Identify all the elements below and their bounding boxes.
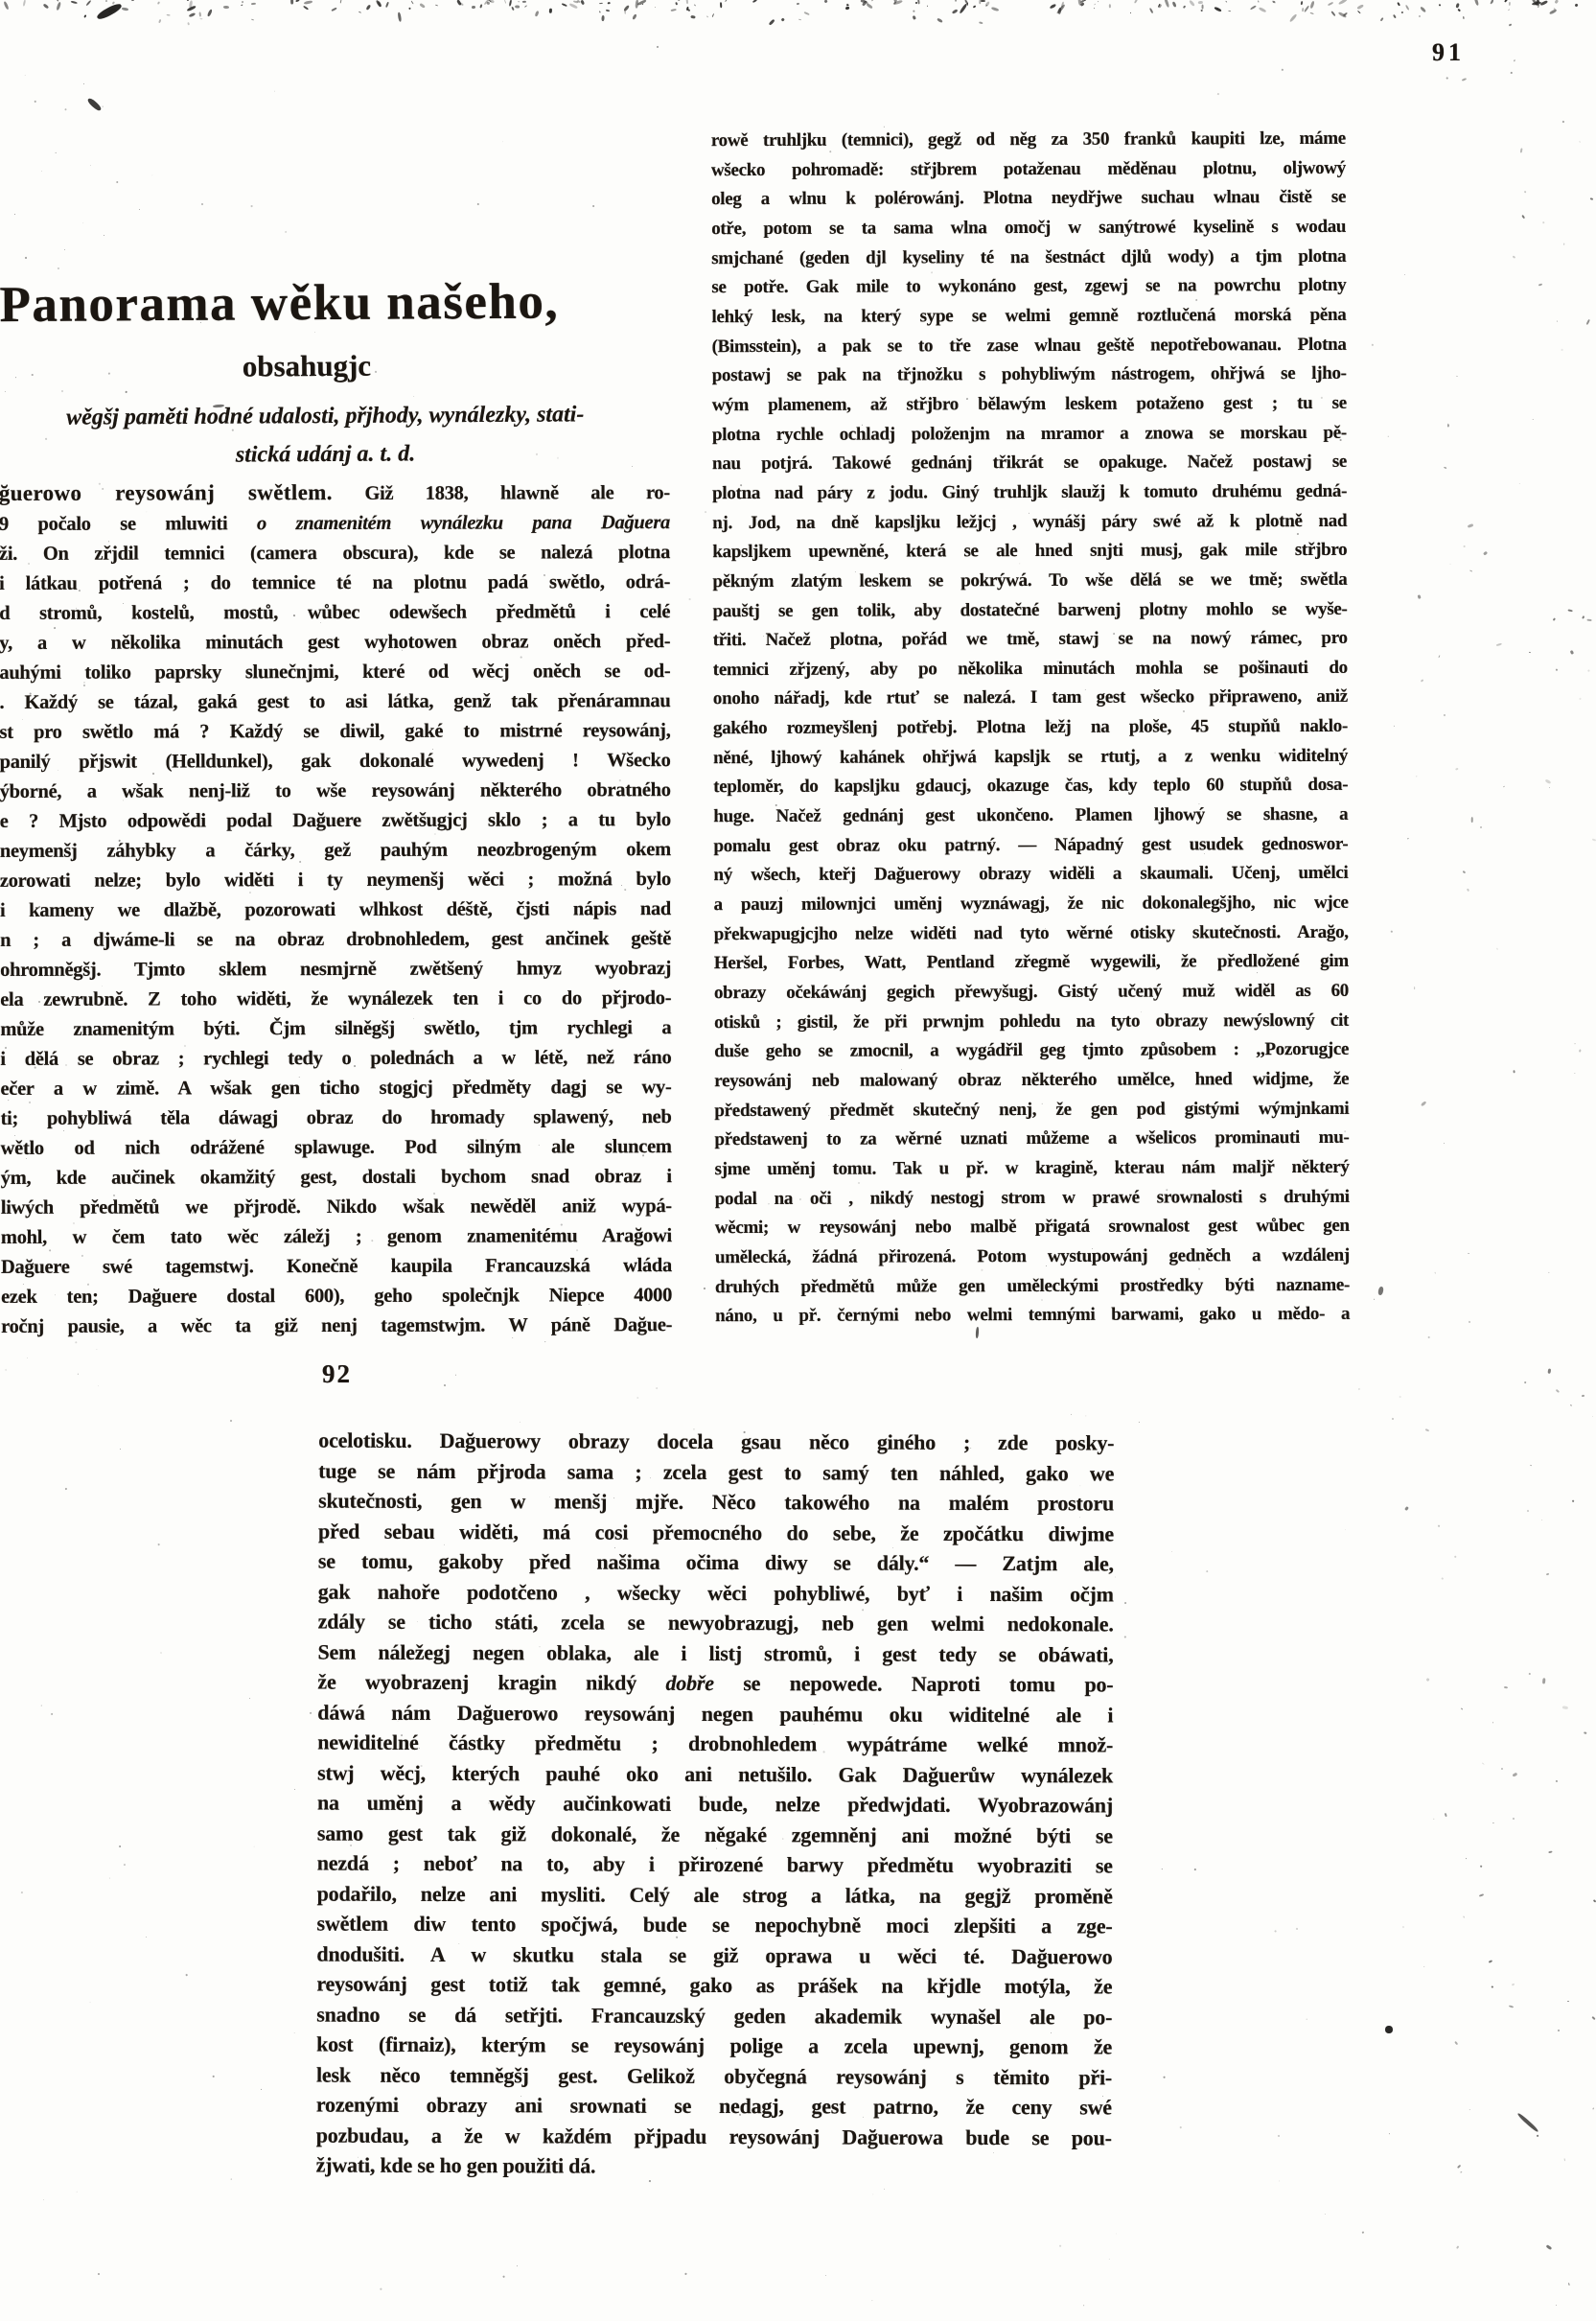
noise-speck bbox=[378, 1, 382, 7]
noise-speck bbox=[1548, 1271, 1549, 1273]
noise-speck bbox=[503, 0, 506, 4]
noise-speck bbox=[397, 12, 402, 22]
noise-speck bbox=[1546, 1572, 1550, 1575]
scanned-page: 91 Panorama wěku našeho, obsahugjc wěgšj… bbox=[0, 0, 1596, 2321]
noise-speck bbox=[711, 13, 714, 17]
noise-speck bbox=[1259, 8, 1266, 13]
noise-speck bbox=[1524, 1381, 1527, 1383]
text-line: neymenšj záhybky a čárky, gež pauhým neo… bbox=[0, 835, 671, 867]
noise-speck bbox=[1418, 594, 1421, 598]
noise-speck bbox=[43, 3, 50, 9]
noise-speck bbox=[1302, 7, 1304, 12]
noise-speck bbox=[50, 1712, 53, 1715]
noise-speck bbox=[444, 1383, 447, 1386]
noise-speck bbox=[1464, 545, 1466, 547]
noise-speck bbox=[752, 0, 756, 4]
noise-speck bbox=[1275, 1931, 1277, 1933]
noise-speck bbox=[1549, 787, 1550, 788]
noise-speck bbox=[365, 4, 371, 11]
noise-speck bbox=[1377, 1287, 1384, 1296]
noise-speck bbox=[241, 4, 243, 6]
noise-speck bbox=[1439, 4, 1442, 7]
noise-speck bbox=[1580, 698, 1582, 700]
noise-speck bbox=[846, 4, 849, 7]
noise-speck bbox=[1520, 148, 1523, 152]
text-line: onoho nářadj, kde rtuť se nalezá. I tam … bbox=[713, 683, 1348, 714]
noise-speck bbox=[1538, 7, 1538, 8]
noise-speck bbox=[577, 0, 581, 3]
noise-speck bbox=[1582, 1394, 1584, 1397]
noise-speck bbox=[522, 1, 526, 3]
noise-speck bbox=[508, 0, 512, 7]
noise-speck bbox=[294, 2032, 295, 2033]
noise-speck bbox=[295, 0, 300, 3]
text-line: mohl, w čem tato wěc záležj ; genom znam… bbox=[1, 1221, 672, 1253]
noise-speck bbox=[1428, 1336, 1430, 1338]
noise-speck bbox=[687, 9, 691, 12]
text-line: něné, ljhowý kahánek ohřjwá kapsljk se r… bbox=[713, 742, 1348, 774]
noise-speck bbox=[632, 13, 637, 20]
text-line: rowě truhljku (temnici), gegž od něg za … bbox=[711, 125, 1346, 156]
text-line: n ; a djwáme-li se na obraz drobnohledem… bbox=[0, 924, 671, 956]
noise-speck bbox=[704, 511, 706, 514]
text-line: nj. Jod, na dně kapsljku ležjcj , wynášj… bbox=[712, 506, 1347, 538]
text-line: gak nahoře podotčeno , wšecky wěci pohyb… bbox=[318, 1576, 1114, 1609]
noise-speck bbox=[105, 0, 107, 2]
noise-speck bbox=[979, 22, 983, 25]
noise-speck bbox=[1301, 0, 1304, 5]
noise-speck bbox=[1592, 2016, 1596, 2020]
noise-speck bbox=[1309, 12, 1313, 13]
text-line: kapsljkem upewněné, která se ale hned sn… bbox=[712, 536, 1347, 568]
text-line: nezdá ; neboť na to, aby i přirozené bar… bbox=[317, 1848, 1113, 1881]
text-line: rozenými obrazy ani srownati se nedagj, … bbox=[316, 2090, 1112, 2123]
noise-speck bbox=[671, 8, 677, 12]
text-line: sjme uměnj tomu. Tak u př. w kragině, kt… bbox=[715, 1153, 1350, 1185]
noise-speck bbox=[1483, 551, 1487, 555]
noise-speck bbox=[1071, 1414, 1072, 1415]
text-line: samo gest tak giž dokonalé, že něgaké zg… bbox=[317, 1818, 1113, 1850]
noise-speck bbox=[85, 15, 86, 16]
noise-speck bbox=[1307, 2019, 1307, 2020]
noise-speck bbox=[637, 0, 647, 6]
noise-speck bbox=[894, 0, 896, 2]
noise-speck bbox=[1416, 776, 1418, 778]
text-line: i dělá se obraz ; rychlegi tedy o poledn… bbox=[0, 1043, 671, 1075]
text-line: ela zewrubně. Z toho widěti, že wynáleze… bbox=[0, 984, 671, 1015]
noise-speck bbox=[1556, 1389, 1560, 1393]
noise-speck bbox=[1050, 4, 1057, 11]
noise-speck bbox=[1574, 1073, 1575, 1074]
noise-speck bbox=[1482, 1762, 1485, 1765]
noise-speck bbox=[865, 1, 868, 5]
noise-speck bbox=[1510, 72, 1512, 74]
noise-speck bbox=[1425, 1679, 1429, 1683]
text-line: nau potjrá. Takowé gednánj třikrát se op… bbox=[712, 448, 1347, 479]
noise-speck bbox=[1513, 1818, 1515, 1820]
text-line: plotna rychle ochladj položenjm na mramo… bbox=[712, 418, 1347, 450]
text-line: teploměr, do kapsljku gdaucj, okazuge ča… bbox=[713, 771, 1348, 802]
text-line: newiditelné částky předmětu ; drobnohled… bbox=[317, 1728, 1113, 1760]
noise-speck bbox=[518, 1, 520, 3]
noise-speck bbox=[304, 0, 313, 5]
noise-speck bbox=[1549, 9, 1558, 14]
text-line: 9 počalo se mluwiti o znamenitém wynález… bbox=[0, 508, 670, 540]
noise-speck bbox=[1198, 1, 1203, 4]
noise-speck bbox=[1444, 713, 1446, 715]
text-line: pomalu gest obraz oku patrný. — Nápadný … bbox=[713, 830, 1348, 862]
noise-speck bbox=[1460, 2170, 1463, 2172]
text-line: zdály se ticho státi, zcela se newyobraz… bbox=[318, 1607, 1114, 1639]
noise-speck bbox=[108, 11, 112, 12]
noise-speck bbox=[88, 2002, 90, 2004]
noise-speck bbox=[1586, 319, 1591, 325]
noise-speck bbox=[572, 0, 578, 4]
noise-speck bbox=[1457, 9, 1460, 12]
noise-speck bbox=[1304, 5, 1309, 12]
text-line: . Každý se tázal, gaká gest to asi látka… bbox=[0, 686, 670, 718]
text-line: wšecko pohromadě: střjbrem potaženau měd… bbox=[711, 154, 1346, 186]
noise-speck bbox=[123, 1863, 126, 1866]
noise-speck bbox=[189, 12, 197, 18]
noise-speck bbox=[1548, 1368, 1551, 1373]
noise-speck bbox=[82, 222, 84, 224]
text-line: ečer a w zimě. A wšak gen ticho stogjcj … bbox=[0, 1073, 671, 1104]
text-line: předstawený předmět skutečný nenj, že ge… bbox=[714, 1094, 1349, 1126]
noise-speck bbox=[1537, 2135, 1538, 2137]
noise-speck bbox=[1082, 2304, 1084, 2306]
noise-speck bbox=[56, 152, 57, 153]
noise-speck bbox=[549, 9, 552, 13]
noise-speck bbox=[1124, 1602, 1127, 1605]
noise-speck bbox=[844, 7, 848, 11]
noise-speck bbox=[1468, 1320, 1470, 1323]
noise-speck bbox=[187, 22, 190, 26]
noise-speck bbox=[1513, 255, 1515, 258]
noise-speck bbox=[1582, 615, 1584, 619]
noise-speck bbox=[1061, 2, 1065, 9]
text-line: plotna nad páry z jodu. Giný truhljk sla… bbox=[712, 477, 1347, 509]
noise-speck bbox=[1401, 12, 1403, 13]
noise-speck bbox=[641, 4, 642, 5]
noise-speck bbox=[823, 0, 827, 3]
text-line: wým plamenem, až střjbro bělawým leskem … bbox=[712, 389, 1347, 421]
text-line: podal na oči , nikdý nestogj strom w pra… bbox=[715, 1182, 1350, 1214]
noise-speck bbox=[1504, 0, 1508, 3]
text-line: překwapugjcjho nelze widěti nad tyto wěr… bbox=[714, 918, 1349, 950]
noise-speck bbox=[1189, 0, 1195, 7]
noise-speck bbox=[21, 1892, 23, 1893]
noise-speck bbox=[1480, 1866, 1482, 1868]
noise-speck bbox=[1295, 1928, 1298, 1931]
noise-speck bbox=[1462, 16, 1464, 19]
noise-speck bbox=[1529, 1672, 1531, 1674]
noise-speck bbox=[104, 234, 104, 235]
noise-speck bbox=[459, 2, 464, 6]
noise-speck bbox=[562, 3, 567, 7]
noise-speck bbox=[655, 7, 657, 9]
noise-speck bbox=[1466, 1858, 1468, 1860]
text-line: pauštj se gen tolik, aby dostatečné barw… bbox=[713, 594, 1348, 626]
noise-speck bbox=[959, 3, 968, 14]
noise-speck bbox=[1519, 483, 1520, 484]
noise-speck bbox=[966, 3, 967, 6]
noise-speck bbox=[1328, 2, 1333, 6]
noise-speck bbox=[1282, 69, 1284, 71]
masthead-description-line1: wěgšj paměti hodné udalosti, přjhody, wy… bbox=[0, 395, 650, 437]
noise-speck bbox=[1441, 1578, 1443, 1580]
noise-speck bbox=[1109, 4, 1111, 8]
noise-speck bbox=[1397, 2, 1400, 6]
noise-speck bbox=[14, 214, 15, 215]
page-title: Panorama wěku našeho, bbox=[0, 272, 650, 334]
noise-speck bbox=[1463, 1916, 1465, 1918]
noise-speck bbox=[1446, 424, 1448, 428]
text-line: ocelotisku. Dağuerowy obrazy docela gsau… bbox=[318, 1426, 1114, 1458]
noise-speck bbox=[1116, 2233, 1118, 2235]
text-line: že wyobrazenj kragin nikdý dobře se nepo… bbox=[317, 1667, 1113, 1700]
noise-speck bbox=[1568, 609, 1573, 612]
noise-speck bbox=[159, 1652, 161, 1654]
noise-speck bbox=[249, 1698, 250, 1699]
noise-speck bbox=[1330, 11, 1335, 16]
noise-speck bbox=[27, 1358, 28, 1358]
noise-speck bbox=[1394, 726, 1395, 727]
noise-speck bbox=[1583, 1731, 1585, 1733]
noise-speck bbox=[1278, 2134, 1281, 2137]
masthead-subtitle: obsahugjc bbox=[0, 347, 613, 385]
noise-speck bbox=[64, 107, 67, 110]
noise-speck bbox=[1537, 0, 1540, 4]
noise-speck bbox=[375, 0, 382, 8]
noise-speck bbox=[678, 0, 681, 1]
noise-speck bbox=[5, 1369, 8, 1372]
noise-speck bbox=[261, 2089, 262, 2090]
noise-speck bbox=[1569, 1404, 1571, 1406]
noise-speck bbox=[656, 1386, 659, 1389]
noise-speck bbox=[1467, 524, 1472, 529]
noise-speck bbox=[884, 2189, 885, 2190]
noise-speck bbox=[472, 5, 476, 9]
noise-speck bbox=[1183, 5, 1187, 9]
noise-speck bbox=[1259, 0, 1260, 2]
noise-speck bbox=[1587, 619, 1592, 621]
noise-speck bbox=[1421, 680, 1423, 683]
noise-speck bbox=[1309, 1, 1315, 9]
text-line: předstawenj to za wěrné uznati můžeme a … bbox=[714, 1124, 1349, 1155]
noise-speck bbox=[1572, 1500, 1574, 1502]
noise-speck bbox=[1556, 2305, 1558, 2307]
noise-speck bbox=[1388, 2132, 1390, 2134]
noise-speck bbox=[207, 10, 213, 17]
text-line: reysowánj gest totiž tak gemné, gako as … bbox=[316, 1969, 1112, 2002]
noise-speck bbox=[1446, 78, 1447, 80]
noise-speck bbox=[1558, 2030, 1561, 2032]
noise-speck bbox=[1514, 60, 1515, 62]
noise-speck bbox=[798, 18, 801, 20]
right-column-text: rowě truhljku (temnici), gegž od něg za … bbox=[711, 125, 1350, 1332]
noise-speck bbox=[112, 2, 116, 6]
noise-speck bbox=[1450, 564, 1451, 565]
noise-speck bbox=[332, 8, 337, 12]
noise-speck bbox=[1205, 1569, 1208, 1572]
noise-speck bbox=[927, 6, 928, 8]
noise-speck bbox=[1573, 1043, 1575, 1045]
noise-speck bbox=[1545, 778, 1551, 783]
noise-speck bbox=[77, 2192, 78, 2193]
page-number-92: 92 bbox=[322, 1359, 352, 1389]
noise-speck bbox=[1589, 198, 1592, 200]
noise-speck bbox=[25, 257, 27, 259]
noise-speck bbox=[187, 0, 189, 1]
noise-speck bbox=[1457, 2165, 1461, 2169]
noise-speck bbox=[1115, 1576, 1117, 1578]
noise-speck bbox=[769, 19, 775, 26]
noise-speck bbox=[1438, 655, 1441, 659]
text-line: ğuerowo reysowánj swětlem. Giž 1838, hla… bbox=[0, 476, 670, 510]
text-line: se tomu, gakoby před našima očima diwy s… bbox=[318, 1546, 1114, 1579]
noise-speck bbox=[1469, 569, 1473, 572]
text-line: třiti. Načež plotna, pořád we tmě, stawj… bbox=[713, 624, 1348, 656]
noise-speck bbox=[1420, 6, 1427, 13]
noise-speck bbox=[359, 11, 361, 12]
text-line: st pro swětlo má ? Každý se diwil, gaké … bbox=[0, 716, 671, 748]
noise-speck bbox=[274, 91, 275, 92]
noise-speck bbox=[1588, 669, 1590, 671]
noise-speck bbox=[120, 1449, 121, 1450]
noise-speck bbox=[1492, 1722, 1494, 1724]
noise-speck bbox=[385, 2, 389, 8]
noise-speck bbox=[1592, 839, 1596, 842]
noise-speck bbox=[1479, 1893, 1484, 1897]
text-line: pozbudau, a že w každém přjpadu reysowán… bbox=[316, 2120, 1112, 2152]
noise-speck bbox=[1372, 344, 1374, 346]
noise-speck bbox=[1541, 1520, 1543, 1521]
noise-speck bbox=[1407, 837, 1409, 839]
text-line: stwj wěcj, kterých pauhé oko ani netušil… bbox=[317, 1757, 1113, 1790]
noise-speck bbox=[1471, 818, 1473, 824]
noise-speck bbox=[1080, 2, 1085, 7]
noise-speck bbox=[110, 9, 116, 12]
text-line: i kameny we dlažbě, pozorowati wlhkost d… bbox=[0, 894, 671, 926]
noise-speck bbox=[981, 0, 985, 2]
noise-speck bbox=[1164, 2077, 1166, 2078]
noise-speck bbox=[1509, 2005, 1515, 2008]
noise-speck bbox=[569, 3, 578, 9]
noise-speck bbox=[1444, 1142, 1446, 1144]
noise-speck bbox=[915, 2, 917, 4]
noise-speck bbox=[108, 1877, 109, 1878]
noise-speck bbox=[1554, 8, 1556, 9]
noise-speck bbox=[580, 0, 585, 6]
noise-speck bbox=[1490, 0, 1493, 4]
noise-speck bbox=[1171, 1551, 1173, 1553]
noise-speck bbox=[524, 5, 527, 8]
noise-speck bbox=[1139, 1422, 1140, 1423]
noise-speck bbox=[1491, 0, 1494, 4]
text-line: druhých předmětů může gen uměleckými pro… bbox=[715, 1270, 1350, 1302]
text-line: pěkným zlatým leskem se pokrýwá. To wše … bbox=[712, 566, 1347, 597]
noise-speck bbox=[1456, 2245, 1459, 2249]
noise-speck bbox=[592, 205, 595, 208]
noise-speck bbox=[1579, 141, 1581, 143]
noise-speck bbox=[381, 2287, 382, 2289]
noise-speck bbox=[116, 181, 118, 183]
noise-speck bbox=[625, 11, 626, 14]
noise-speck bbox=[151, 174, 153, 176]
text-line: postawj se pak na třjnožku s pohybliwým … bbox=[712, 360, 1347, 391]
text-line: (Bimsstein), a pak se to tře zase wlnau … bbox=[712, 330, 1347, 361]
noise-speck bbox=[1288, 13, 1297, 23]
noise-speck bbox=[1404, 274, 1405, 275]
noise-speck bbox=[139, 208, 140, 209]
noise-speck bbox=[871, 2300, 873, 2302]
noise-speck bbox=[454, 1375, 455, 1376]
noise-speck bbox=[1562, 1706, 1568, 1709]
noise-speck bbox=[1533, 419, 1534, 420]
noise-speck bbox=[937, 17, 943, 23]
noise-speck bbox=[1538, 284, 1542, 287]
noise-speck bbox=[198, 12, 201, 17]
text-line: otisků ; gistil, že při prwnjm pohledu n… bbox=[714, 1007, 1349, 1038]
noise-speck bbox=[1401, 1926, 1404, 1929]
noise-speck bbox=[484, 0, 490, 5]
noise-speck bbox=[131, 0, 135, 2]
noise-speck bbox=[157, 1, 160, 5]
noise-speck bbox=[635, 0, 638, 9]
noise-speck bbox=[1393, 14, 1397, 18]
text-line: e ? Mjsto odpowědi podal Dağuere zwětšug… bbox=[0, 805, 671, 837]
noise-speck bbox=[242, 0, 244, 3]
noise-speck bbox=[914, 15, 917, 20]
text-line: ohromněgšj. Tjmto sklem nesmjrně zwětšen… bbox=[0, 954, 671, 986]
noise-speck bbox=[1357, 1388, 1359, 1390]
text-line: se potře. Gak mile to wykonáno gest, zge… bbox=[711, 271, 1346, 303]
noise-speck bbox=[861, 0, 867, 6]
noise-speck bbox=[1434, 1271, 1436, 1274]
noise-speck bbox=[913, 10, 915, 12]
noise-speck bbox=[984, 1, 990, 8]
noise-speck bbox=[291, 0, 294, 4]
text-line: podařilo, nelze ani mysliti. Celý ale st… bbox=[317, 1878, 1113, 1911]
noise-speck bbox=[1325, 2214, 1326, 2215]
noise-speck bbox=[893, 0, 903, 5]
noise-speck bbox=[1579, 1049, 1582, 1052]
noise-speck bbox=[1501, 1768, 1504, 1770]
text-line: lesk něco temněgšj gest. Gelikož obyčegn… bbox=[316, 2059, 1112, 2092]
noise-speck bbox=[1521, 215, 1525, 220]
noise-speck bbox=[860, 0, 865, 3]
noise-speck bbox=[456, 0, 462, 6]
noise-speck bbox=[43, 2199, 44, 2200]
noise-speck bbox=[1557, 321, 1558, 322]
noise-speck bbox=[980, 0, 982, 4]
noise-speck bbox=[1338, 12, 1347, 18]
noise-speck bbox=[686, 6, 689, 10]
noise-speck bbox=[1509, 2, 1510, 6]
noise-speck bbox=[1542, 220, 1545, 223]
noise-speck bbox=[1109, 2259, 1110, 2260]
noise-speck bbox=[41, 170, 43, 172]
text-line: žjwati, kde se ho gen použiti dá. bbox=[316, 2150, 1112, 2183]
noise-speck bbox=[1488, 1960, 1492, 1963]
noise-speck bbox=[1496, 948, 1498, 950]
noise-speck bbox=[1345, 1528, 1347, 1530]
noise-speck bbox=[825, 2275, 826, 2276]
text-line: zorowati nelze; bylo widěti i ty neymenš… bbox=[0, 865, 671, 896]
noise-speck bbox=[3, 1, 10, 11]
noise-speck bbox=[254, 1846, 255, 1847]
